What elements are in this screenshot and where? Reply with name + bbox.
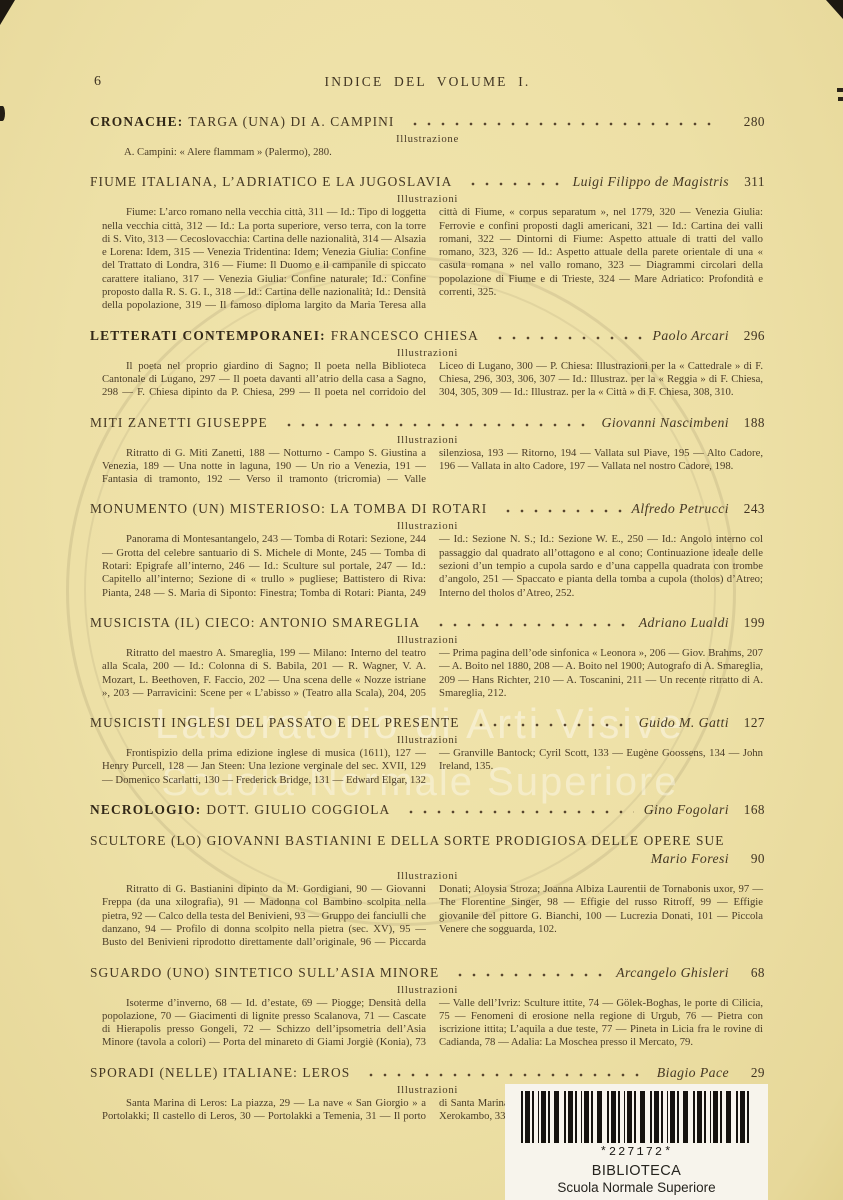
entry-page-ref: 29 bbox=[729, 1065, 765, 1081]
barcode-number: *227172* bbox=[600, 1145, 674, 1159]
entry-heading: MONUMENTO (UN) MISTERIOSO: LA TOMBA DI R… bbox=[90, 501, 765, 517]
dot-leader bbox=[451, 973, 606, 977]
entry-title-text: MUSICISTI INGLESI DEL PASSATO E DEL PRES… bbox=[90, 715, 460, 730]
entry-heading: MUSICISTA (IL) CIECO: ANTONIO SMAREGLIA … bbox=[90, 615, 765, 631]
entry-author: Adriano Lualdi bbox=[639, 615, 729, 631]
entry-title-text: SGUARDO (UNO) SINTETICO SULL’ASIA MINORE bbox=[90, 965, 439, 980]
index-entry: MONUMENTO (UN) MISTERIOSO: LA TOMBA DI R… bbox=[90, 501, 765, 599]
entry-title: MITI ZANETTI GIUSEPPE bbox=[90, 415, 268, 431]
entry-title-text: MONUMENTO (UN) MISTERIOSO: LA TOMBA DI R… bbox=[90, 501, 487, 516]
entry-title: CRONACHE:TARGA (UNA) DI A. CAMPINI bbox=[90, 114, 394, 130]
barcode bbox=[521, 1091, 753, 1143]
entry-author: Giovanni Nascimbeni bbox=[601, 415, 729, 431]
illustrations-text: Panorama di Montesantangelo, 243 — Tomba… bbox=[102, 533, 763, 599]
entry-author: Paolo Arcari bbox=[653, 328, 729, 344]
scan-artifact-edge bbox=[0, 106, 5, 121]
entry-title: MUSICISTI INGLESI DEL PASSATO E DEL PRES… bbox=[90, 715, 460, 731]
illustrations-text: Ritratto di G. Miti Zanetti, 188 — Nottu… bbox=[102, 447, 763, 487]
dot-leader bbox=[362, 1073, 647, 1077]
scanned-index-page: Laboratorio di Arti Visive Scuola Normal… bbox=[0, 0, 843, 1200]
entry-title-text: DOTT. GIULIO COGGIOLA bbox=[206, 802, 390, 817]
entry-title-text: TARGA (UNA) DI A. CAMPINI bbox=[188, 114, 394, 129]
entry-page-ref: 243 bbox=[729, 501, 765, 517]
entry-title-text: FRANCESCO CHIESA bbox=[331, 328, 479, 343]
dot-leader bbox=[472, 723, 629, 727]
illustrations-text: Frontispizio della prima edizione ingles… bbox=[102, 747, 763, 787]
entry-heading: MITI ZANETTI GIUSEPPE Giovanni Nascimben… bbox=[90, 415, 765, 431]
index-entry: SGUARDO (UNO) SINTETICO SULL’ASIA MINORE… bbox=[90, 965, 765, 1050]
entry-title: SGUARDO (UNO) SINTETICO SULL’ASIA MINORE bbox=[90, 965, 439, 981]
entry-title: MUSICISTA (IL) CIECO: ANTONIO SMAREGLIA bbox=[90, 615, 420, 631]
library-name: BIBLIOTECA bbox=[592, 1163, 681, 1179]
dot-leader bbox=[499, 509, 621, 513]
illustrations-label: Illustrazioni bbox=[90, 347, 765, 359]
entry-page-ref: 311 bbox=[729, 174, 765, 190]
entry-title: SPORADI (NELLE) ITALIANE: LEROS bbox=[90, 1065, 350, 1081]
entry-author: Biagio Pace bbox=[657, 1065, 729, 1081]
entry-author-row: Mario Foresi 90 bbox=[90, 851, 765, 867]
entry-title-text: SPORADI (NELLE) ITALIANE: LEROS bbox=[90, 1065, 350, 1080]
entry-title: SCULTORE (LO) GIOVANNI BASTIANINI E DELL… bbox=[90, 833, 725, 849]
entry-page-ref: 168 bbox=[729, 802, 765, 818]
page-content: 6 INDICE DEL VOLUME I. CRONACHE:TARGA (U… bbox=[0, 0, 843, 1123]
page-header: 6 INDICE DEL VOLUME I. bbox=[90, 74, 765, 92]
dot-leader bbox=[491, 336, 643, 340]
illustrations-label: Illustrazioni bbox=[90, 984, 765, 996]
entry-author: Guido M. Gatti bbox=[639, 715, 729, 731]
dot-leader bbox=[432, 623, 628, 627]
illustrations-text: Ritratto di G. Bastianini dipinto da M. … bbox=[102, 883, 763, 949]
dot-leader bbox=[402, 810, 633, 814]
dot-leader bbox=[464, 182, 562, 186]
index-entry: FIUME ITALIANA, L’ADRIATICO E LA JUGOSLA… bbox=[90, 174, 765, 312]
library-barcode-label: *227172* BIBLIOTECA Scuola Normale Super… bbox=[505, 1084, 768, 1200]
entry-heading: FIUME ITALIANA, L’ADRIATICO E LA JUGOSLA… bbox=[90, 174, 765, 190]
index-entry: MUSICISTA (IL) CIECO: ANTONIO SMAREGLIA … bbox=[90, 615, 765, 700]
entry-title: MONUMENTO (UN) MISTERIOSO: LA TOMBA DI R… bbox=[90, 501, 487, 517]
entry-author: Alfredo Petrucci bbox=[632, 501, 729, 517]
entry-author: Gino Fogolari bbox=[644, 802, 729, 818]
entry-keyword: CRONACHE: bbox=[90, 114, 183, 129]
illustrations-text: Isoterme d’inverno, 68 — Id. d’estate, 6… bbox=[102, 997, 763, 1050]
entry-author: Mario Foresi bbox=[651, 851, 729, 867]
illustrations-text: Fiume: L’arco romano nella vecchia città… bbox=[102, 206, 763, 312]
entry-heading: SPORADI (NELLE) ITALIANE: LEROS Biagio P… bbox=[90, 1065, 765, 1081]
entry-title-text: MITI ZANETTI GIUSEPPE bbox=[90, 415, 268, 430]
scan-artifact-edge bbox=[837, 88, 843, 92]
entry-keyword: LETTERATI CONTEMPORANEI: bbox=[90, 328, 326, 343]
illustrations-label: Illustrazioni bbox=[90, 734, 765, 746]
entry-heading: LETTERATI CONTEMPORANEI:FRANCESCO CHIESA… bbox=[90, 328, 765, 344]
entry-keyword: NECROLOGIO: bbox=[90, 802, 201, 817]
illustrations-label: Illustrazioni bbox=[90, 193, 765, 205]
entry-heading: MUSICISTI INGLESI DEL PASSATO E DEL PRES… bbox=[90, 715, 765, 731]
index-entry: CRONACHE:TARGA (UNA) DI A. CAMPINI 280 I… bbox=[90, 114, 765, 159]
entry-title: FIUME ITALIANA, L’ADRIATICO E LA JUGOSLA… bbox=[90, 174, 452, 190]
entry-page-ref: 199 bbox=[729, 615, 765, 631]
illustrations-label: Illustrazioni bbox=[90, 870, 765, 882]
library-subname: Scuola Normale Superiore bbox=[557, 1180, 715, 1195]
illustrations-label: Illustrazioni bbox=[90, 520, 765, 532]
entry-heading: NECROLOGIO:DOTT. GIULIO COGGIOLA Gino Fo… bbox=[90, 802, 765, 818]
entry-page-ref: 127 bbox=[729, 715, 765, 731]
index-entry: NECROLOGIO:DOTT. GIULIO COGGIOLA Gino Fo… bbox=[90, 802, 765, 818]
entry-heading: SCULTORE (LO) GIOVANNI BASTIANINI E DELL… bbox=[90, 833, 765, 849]
index-entry: MITI ZANETTI GIUSEPPE Giovanni Nascimben… bbox=[90, 415, 765, 487]
illustrations-text: Il poeta nel proprio giardino di Sagno; … bbox=[102, 360, 763, 400]
entry-heading: SGUARDO (UNO) SINTETICO SULL’ASIA MINORE… bbox=[90, 965, 765, 981]
illustrations-label: Illustrazione bbox=[90, 133, 765, 145]
entry-page-ref: 280 bbox=[729, 114, 765, 130]
illustrations-text: A. Campini: « Alere flammam » (Palermo),… bbox=[124, 146, 763, 159]
page-title: INDICE DEL VOLUME I. bbox=[90, 74, 765, 90]
entry-title: NECROLOGIO:DOTT. GIULIO COGGIOLA bbox=[90, 802, 390, 818]
entry-author: Arcangelo Ghisleri bbox=[616, 965, 729, 981]
entry-title-text: FIUME ITALIANA, L’ADRIATICO E LA JUGOSLA… bbox=[90, 174, 452, 189]
entry-page-ref: 296 bbox=[729, 328, 765, 344]
entry-page-ref: 90 bbox=[729, 851, 765, 867]
index-entry: MUSICISTI INGLESI DEL PASSATO E DEL PRES… bbox=[90, 715, 765, 787]
page-number: 6 bbox=[94, 74, 101, 90]
entry-title: LETTERATI CONTEMPORANEI:FRANCESCO CHIESA bbox=[90, 328, 479, 344]
dot-leader bbox=[406, 122, 719, 126]
scan-artifact-edge bbox=[838, 97, 843, 101]
entry-title-text: MUSICISTA (IL) CIECO: ANTONIO SMAREGLIA bbox=[90, 615, 420, 630]
entry-page-ref: 188 bbox=[729, 415, 765, 431]
entry-page-ref: 68 bbox=[729, 965, 765, 981]
dot-leader bbox=[280, 423, 592, 427]
illustrations-text: Ritratto del maestro A. Smareglia, 199 —… bbox=[102, 647, 763, 700]
index-entry: LETTERATI CONTEMPORANEI:FRANCESCO CHIESA… bbox=[90, 328, 765, 400]
entry-title-text: SCULTORE (LO) GIOVANNI BASTIANINI E DELL… bbox=[90, 833, 725, 848]
entry-heading: CRONACHE:TARGA (UNA) DI A. CAMPINI 280 bbox=[90, 114, 765, 130]
index-entry: SCULTORE (LO) GIOVANNI BASTIANINI E DELL… bbox=[90, 833, 765, 949]
entry-author: Luigi Filippo de Magistris bbox=[573, 174, 729, 190]
illustrations-label: Illustrazioni bbox=[90, 434, 765, 446]
illustrations-label: Illustrazioni bbox=[90, 634, 765, 646]
